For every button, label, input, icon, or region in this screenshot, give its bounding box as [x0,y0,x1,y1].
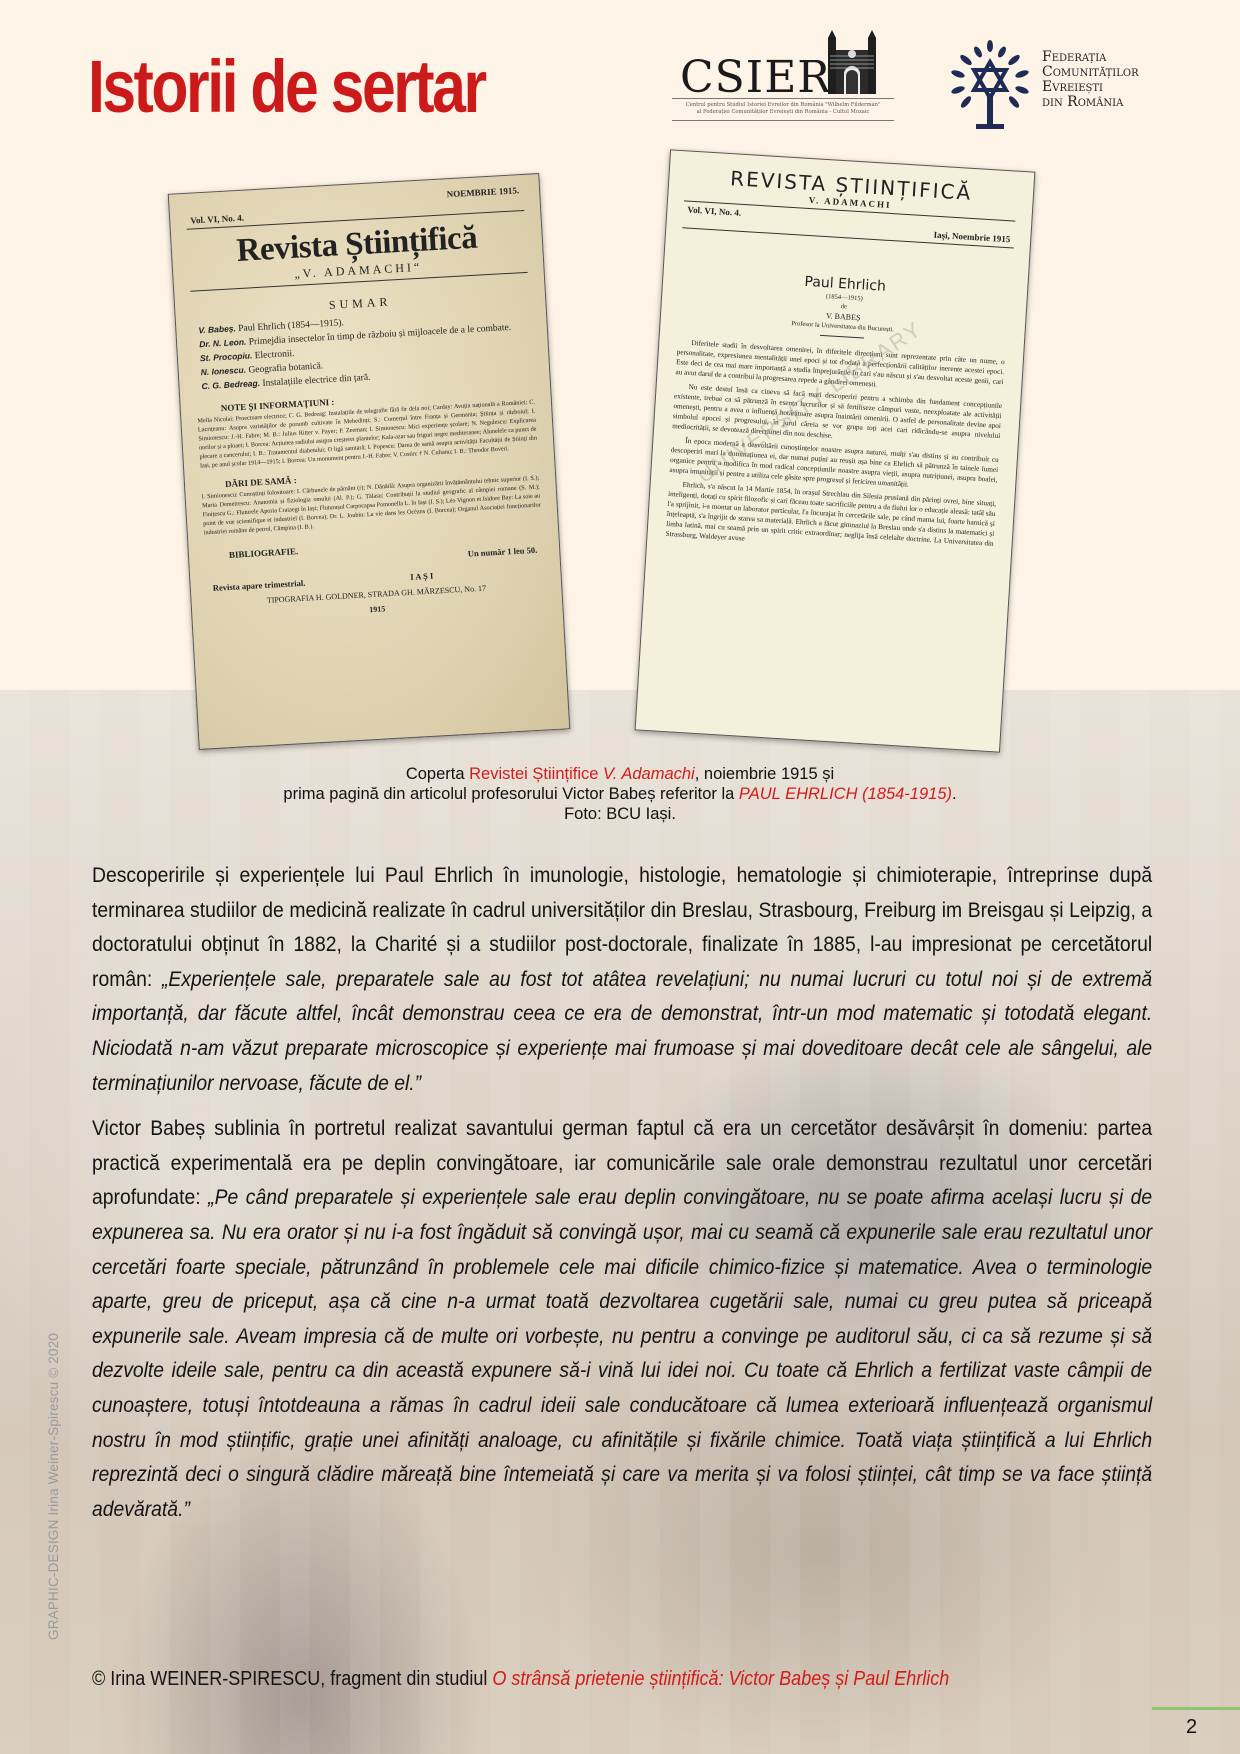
fcer-line: din România [1042,95,1139,110]
cover-city: I A Ș I [410,571,433,582]
article-first-page-image: REVISTA ȘTIINȚIFICĂ V. ADAMACHI Vol. VI,… [635,149,1036,752]
image-caption: Coperta Revistei Științifice V. Adamachi… [140,764,1100,824]
article-paragraph: Descoperirile și experiențele lui Paul E… [92,858,1152,1100]
star-of-david-tree-icon [950,40,1030,132]
csier-subtitle: Centrul pentru Studiul Istoriei Evreilor… [672,102,894,116]
article-body: Descoperirile și experiențele lui Paul E… [92,858,1152,1537]
fcer-logo: Federația Comunităților Evreiești din Ro… [950,40,1150,130]
author-credit: © Irina WEINER-SPIRESCU, fragment din st… [92,1668,949,1691]
csier-logo: CSIER Centrul pentru Studiul Istoriei Ev… [672,30,894,126]
csier-subtitle-line: al Federației Comunităților Evreiești di… [672,109,894,116]
caption-line: Coperta Revistei Științifice V. Adamachi… [140,764,1100,784]
divider [672,98,894,99]
cover-volume: Vol. VI, No. 4. [190,213,244,226]
csier-wordmark: CSIER [680,52,831,103]
fcer-line: Evreiești [1042,80,1139,95]
page-number-rule [1152,1707,1240,1710]
fcer-name: Federația Comunităților Evreiești din Ro… [1042,50,1139,110]
page-number: 2 [1186,1716,1197,1739]
study-title: O strânsă prietenie științifică: Victor … [492,1668,949,1690]
csier-subtitle-line: Centrul pentru Studiul Istoriei Evreilor… [672,102,894,109]
fcer-line: Federația [1042,50,1139,65]
divider [672,120,894,121]
divider [820,335,864,339]
page-title: Istorii de sertar [88,50,485,124]
quote: „Experiențele sale, preparatele sale au … [92,967,1152,1095]
magazine-cover-image: NOEMBRIE 1915. Vol. VI, No. 4. Revista Ș… [168,173,571,750]
synagogue-building-icon [822,30,882,94]
quote: „Pe când preparatele și experiențele sal… [92,1185,1152,1520]
caption-line: Foto: BCU Iași. [140,804,1100,824]
design-credit: GRAPHIC-DESIGN Irina Weiner-Spirescu © 2… [46,1333,61,1640]
cover-price: Un număr 1 leu 50. [468,545,538,559]
fcer-line: Comunităților [1042,65,1139,80]
article-paragraph: Victor Babeș sublinia în portretul reali… [92,1111,1152,1526]
cover-frequency: Revista apare trimestrial. [213,578,306,593]
caption-line: prima pagină din articolul profesorului … [140,784,1100,804]
